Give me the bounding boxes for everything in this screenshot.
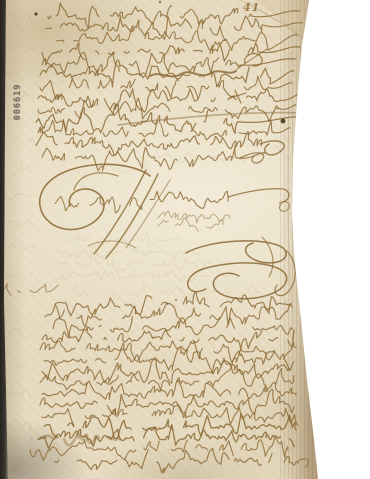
manuscript-page: 41 006619 xyxy=(0,0,370,479)
archive-stamp: 006619 xyxy=(9,73,27,131)
scanned-manuscript: 41 006619 xyxy=(0,0,370,479)
archive-stamp-number: 006619 xyxy=(13,84,23,121)
folio-number: 41 xyxy=(243,1,261,15)
handwriting-ink-layer xyxy=(0,0,370,479)
